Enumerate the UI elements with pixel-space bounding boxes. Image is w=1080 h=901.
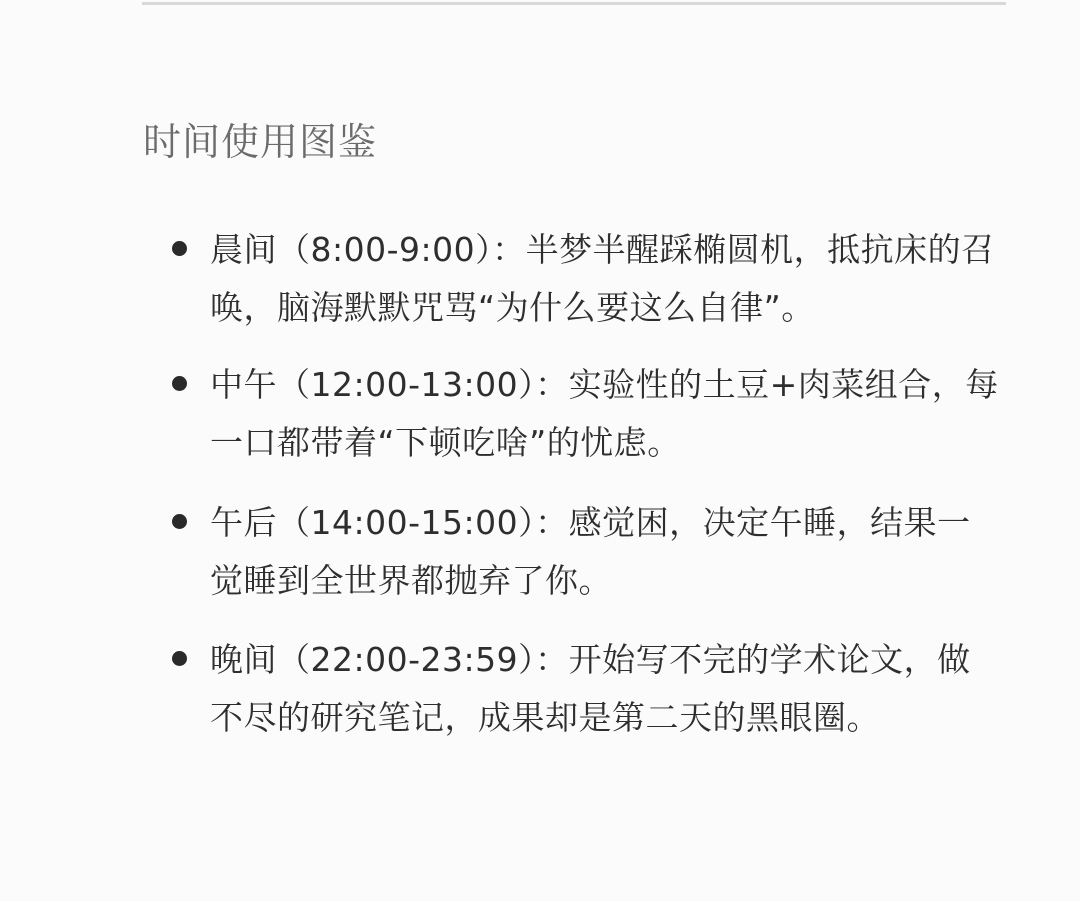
bullet-icon: [172, 514, 187, 529]
section-heading: 时间使用图鉴: [143, 114, 377, 170]
bullet-icon: [172, 376, 187, 391]
list-item-afternoon: 午后（14:00-15:00）：感觉困，决定午睡，结果一觉睡到全世界都抛弃了你。: [210, 494, 1000, 610]
list-item-text: 午后（14:00-15:00）：感觉困，决定午睡，结果一觉睡到全世界都抛弃了你。: [210, 503, 971, 600]
list-item-noon: 中午（12:00-13:00）：实验性的土豆+肉菜组合，每一口都带着“下顿吃啥”…: [210, 356, 1000, 472]
bullet-icon: [172, 241, 187, 256]
list-item-text: 晚间（22:00-23:59）：开始写不完的学术论文，做不尽的研究笔记，成果却是…: [210, 640, 971, 737]
list-item-morning: 晨间（8:00-9:00）：半梦半醒踩椭圆机，抵抗床的召唤，脑海默默咒骂“为什么…: [210, 221, 1000, 337]
top-divider: [142, 2, 1006, 5]
list-item-evening: 晚间（22:00-23:59）：开始写不完的学术论文，做不尽的研究笔记，成果却是…: [210, 631, 1000, 747]
list-item-text: 中午（12:00-13:00）：实验性的土豆+肉菜组合，每一口都带着“下顿吃啥”…: [210, 365, 999, 462]
bullet-icon: [172, 651, 187, 666]
list-item-text: 晨间（8:00-9:00）：半梦半醒踩椭圆机，抵抗床的召唤，脑海默默咒骂“为什么…: [210, 230, 995, 327]
